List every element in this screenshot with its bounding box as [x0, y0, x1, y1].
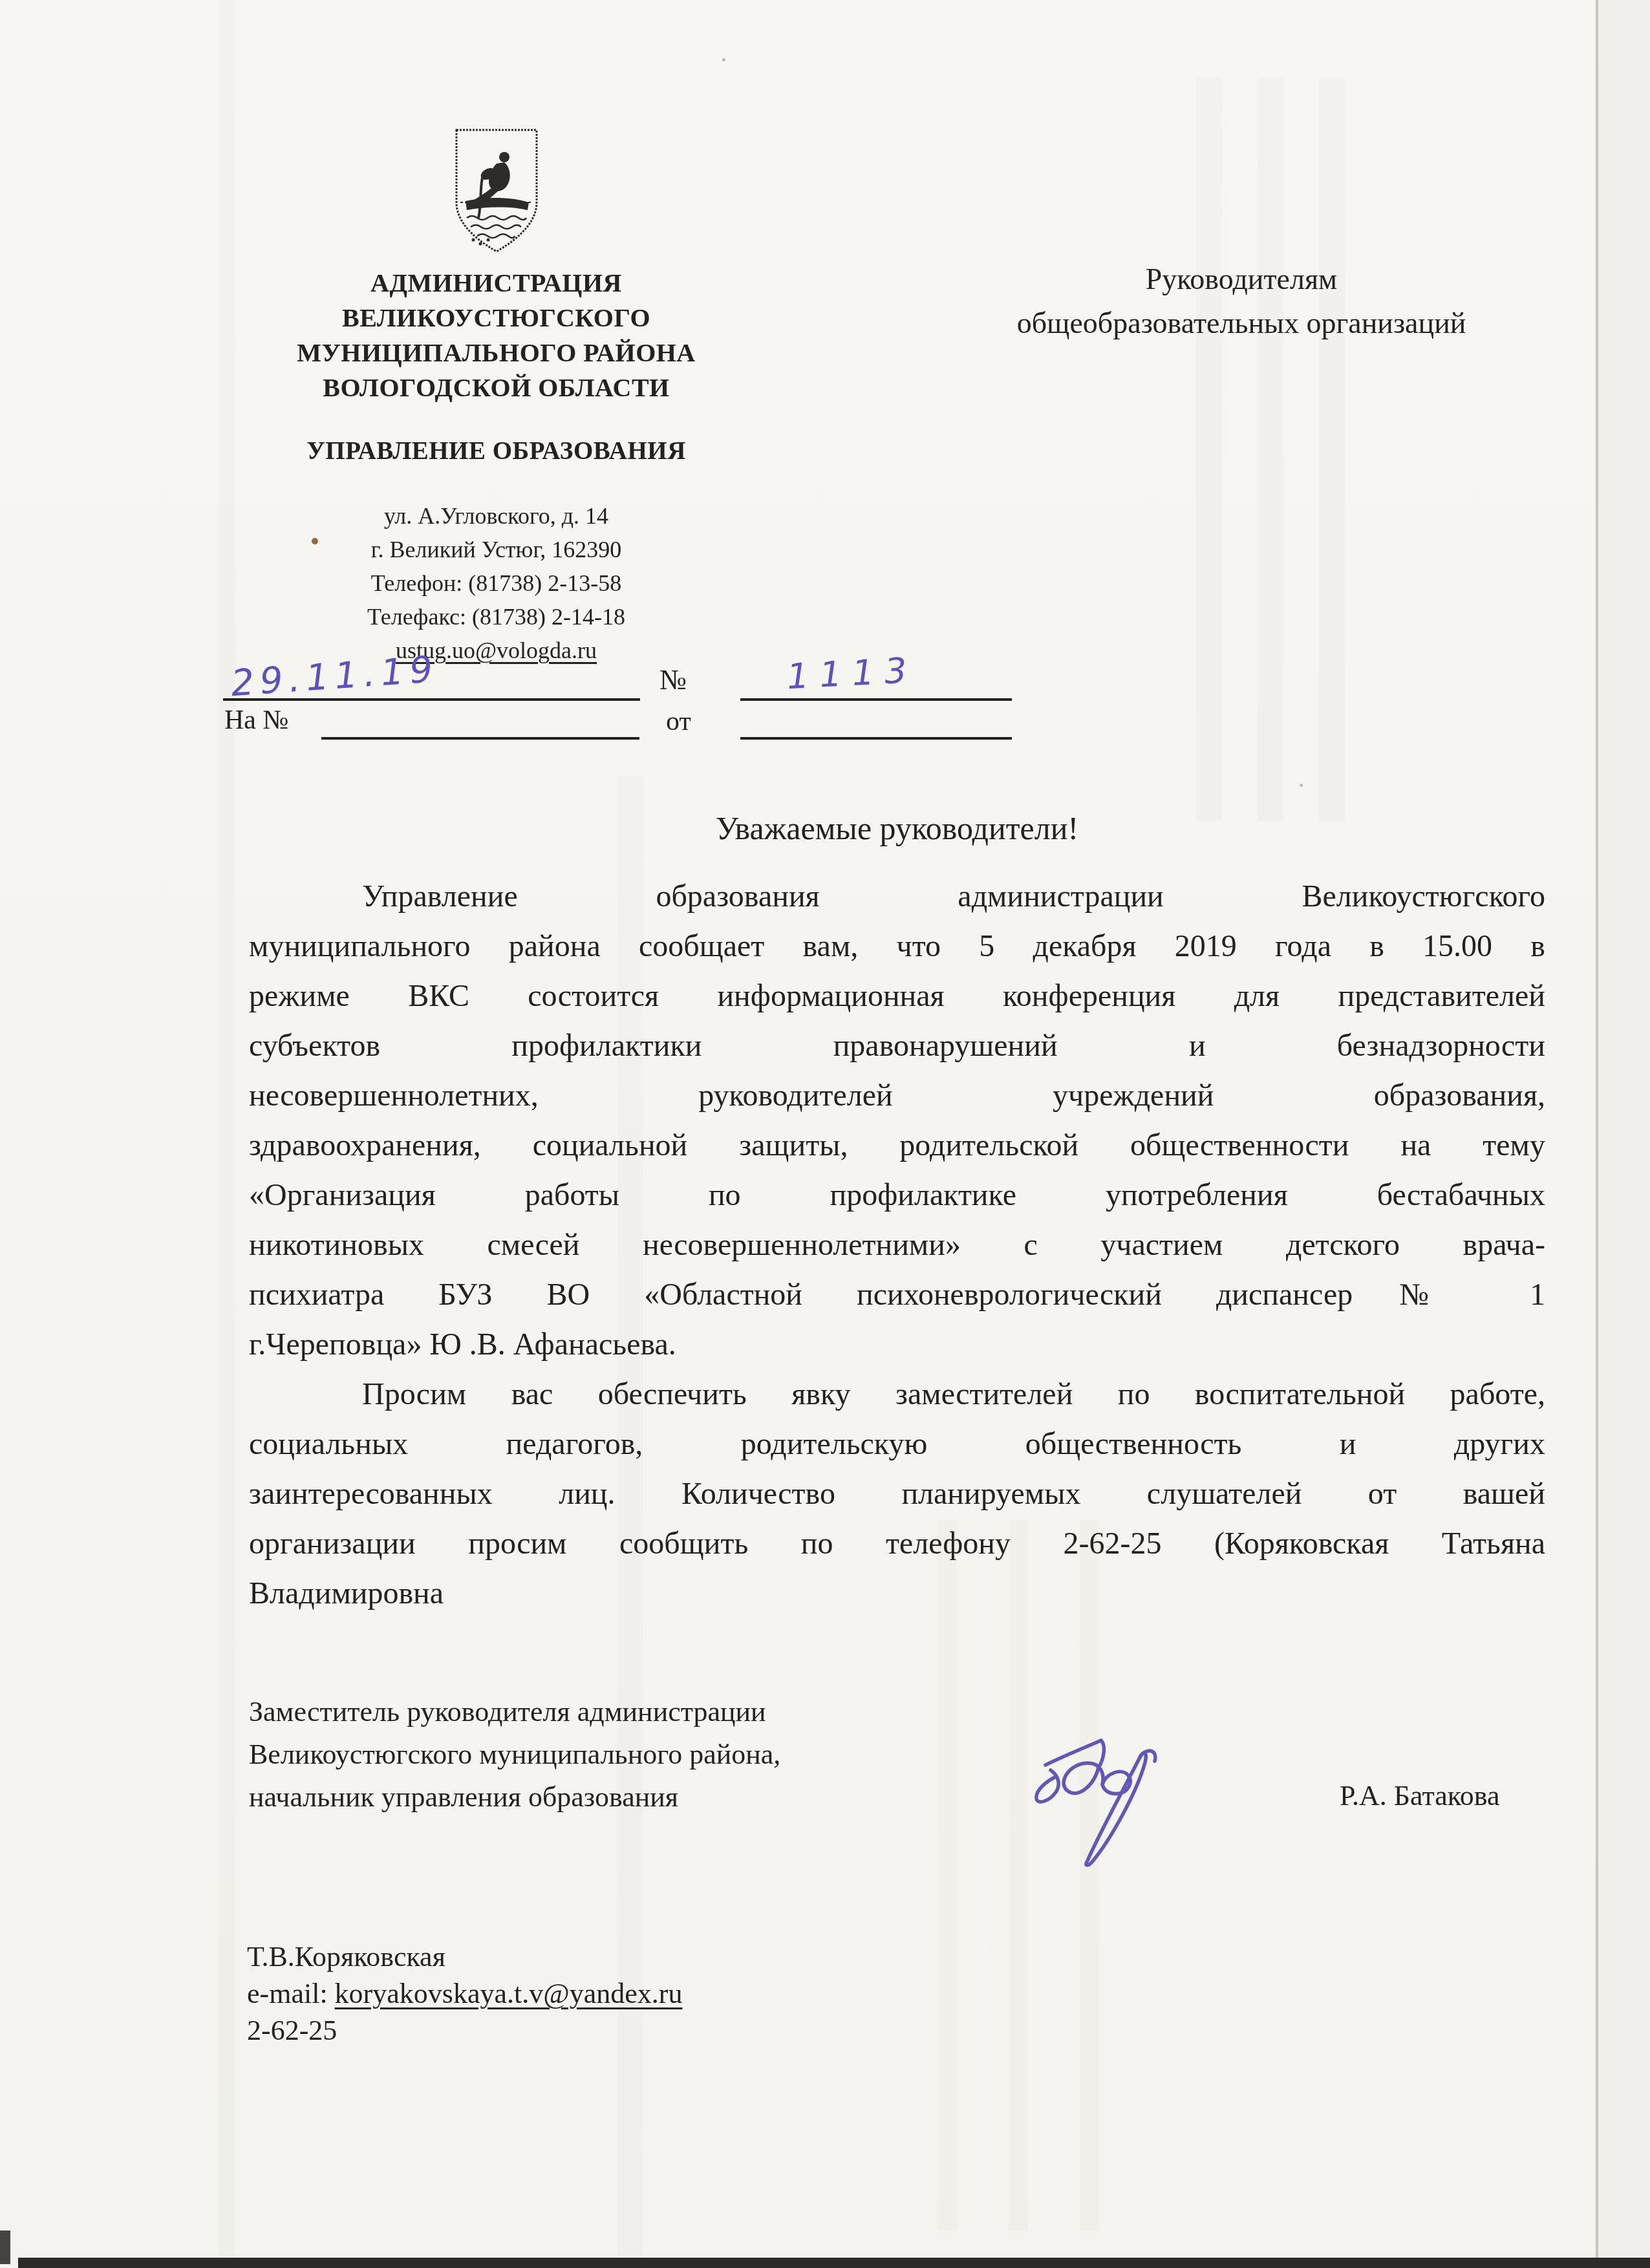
- coat-of-arms-icon: [451, 126, 542, 255]
- executor-email: koryakovskaya.t.v@yandex.ru: [335, 1978, 683, 2009]
- reply-to-label: На №: [224, 705, 289, 736]
- reference-block: 29.11.19 № 1113 На № от: [223, 658, 1018, 762]
- handwritten-number: 1113: [786, 650, 917, 697]
- number-sign-label: №: [659, 663, 687, 696]
- bleedthrough-artifact: [1196, 78, 1377, 821]
- body-line: организации просим сообщить по телефону …: [249, 1519, 1545, 1568]
- reply-number-blank-line: [321, 737, 639, 740]
- scan-edge-line: [1596, 0, 1598, 2268]
- signer-position-line: Великоустюгского муниципального района,: [249, 1733, 780, 1776]
- executor-name: Т.В.Коряковская: [247, 1938, 682, 1975]
- executor-phone: 2-62-25: [247, 2012, 682, 2049]
- scan-bottom-edge: [18, 2258, 1650, 2268]
- date-blank-line: [223, 698, 640, 701]
- scan-speck: [1300, 784, 1303, 787]
- body-line: муниципального района сообщает вам, что …: [249, 921, 1545, 971]
- body-line: заинтересованных лиц. Количество планиру…: [249, 1469, 1545, 1519]
- scan-smudge: [0, 2231, 10, 2264]
- body-line: г.Череповца» Ю .В. Афанасьева.: [249, 1320, 1545, 1369]
- letterhead: АДМИНИСТРАЦИЯ ВЕЛИКОУСТЮГСКОГО МУНИЦИПАЛ…: [200, 126, 792, 667]
- executor-contacts: Т.В.Коряковская e-mail: koryakovskaya.t.…: [247, 1938, 682, 2049]
- letter-body: Управление образования администрации Вел…: [249, 872, 1545, 1618]
- body-line: режиме ВКС состоится информационная конф…: [249, 971, 1545, 1021]
- email-label: e-mail:: [247, 1978, 328, 2009]
- department-name: УПРАВЛЕНИЕ ОБРАЗОВАНИЯ: [200, 436, 792, 465]
- contact-address-block: ул. А.Угловского, д. 14 г. Великий Устюг…: [200, 499, 792, 667]
- address-line: Телефон: (81738) 2-13-58: [200, 566, 792, 600]
- body-line: Владимировна: [249, 1568, 1545, 1618]
- signer-position-line: Заместитель руководителя администрации: [249, 1691, 780, 1733]
- body-line: никотиновых смесей несовершеннолетними» …: [249, 1220, 1545, 1270]
- scan-speck: [722, 58, 725, 61]
- recipient-line: общеобразовательных организаций: [925, 301, 1558, 345]
- signer-name: Р.А. Батакова: [1340, 1779, 1500, 1812]
- body-line: Просим вас обеспечить явку заместителей …: [249, 1369, 1545, 1419]
- signer-position-line: начальник управления образования: [249, 1776, 780, 1819]
- org-line: МУНИЦИПАЛЬНОГО РАЙОНА: [200, 336, 792, 370]
- scanned-letter-page: АДМИНИСТРАЦИЯ ВЕЛИКОУСТЮГСКОГО МУНИЦИПАЛ…: [0, 0, 1650, 2268]
- body-line: психиатра БУЗ ВО «Областной психоневроло…: [249, 1270, 1545, 1320]
- handwritten-signature: [973, 1700, 1232, 1907]
- org-line: ВЕЛИКОУСТЮГСКОГО: [200, 301, 792, 336]
- org-line: ВОЛОГОДСКОЙ ОБЛАСТИ: [200, 370, 792, 405]
- org-line: АДМИНИСТРАЦИЯ: [200, 266, 792, 301]
- body-line: здравоохранения, социальной защиты, роди…: [249, 1120, 1545, 1170]
- body-line: социальных педагогов, родительскую общес…: [249, 1419, 1545, 1469]
- address-line: ул. А.Угловского, д. 14: [200, 499, 792, 533]
- body-line: субъектов профилактики правонарушений и …: [249, 1021, 1545, 1071]
- recipient-line: Руководителям: [925, 257, 1558, 301]
- reply-from-label: от: [666, 706, 691, 737]
- scan-edge-band: [1598, 0, 1650, 2268]
- body-line: Управление образования администрации Вел…: [249, 872, 1545, 921]
- reply-date-blank-line: [740, 737, 1012, 740]
- address-line: Телефакс: (81738) 2-14-18: [200, 600, 792, 634]
- organization-name: АДМИНИСТРАЦИЯ ВЕЛИКОУСТЮГСКОГО МУНИЦИПАЛ…: [200, 266, 792, 405]
- number-blank-line: [740, 698, 1012, 701]
- address-line: г. Великий Устюг, 162390: [200, 533, 792, 566]
- salutation: Уважаемые руководители!: [249, 809, 1545, 847]
- recipient-block: Руководителям общеобразовательных органи…: [925, 257, 1558, 345]
- signer-position-block: Заместитель руководителя администрации В…: [249, 1691, 780, 1819]
- body-line: несовершеннолетних, руководителей учрежд…: [249, 1071, 1545, 1120]
- body-line: «Организация работы по профилактике упот…: [249, 1170, 1545, 1220]
